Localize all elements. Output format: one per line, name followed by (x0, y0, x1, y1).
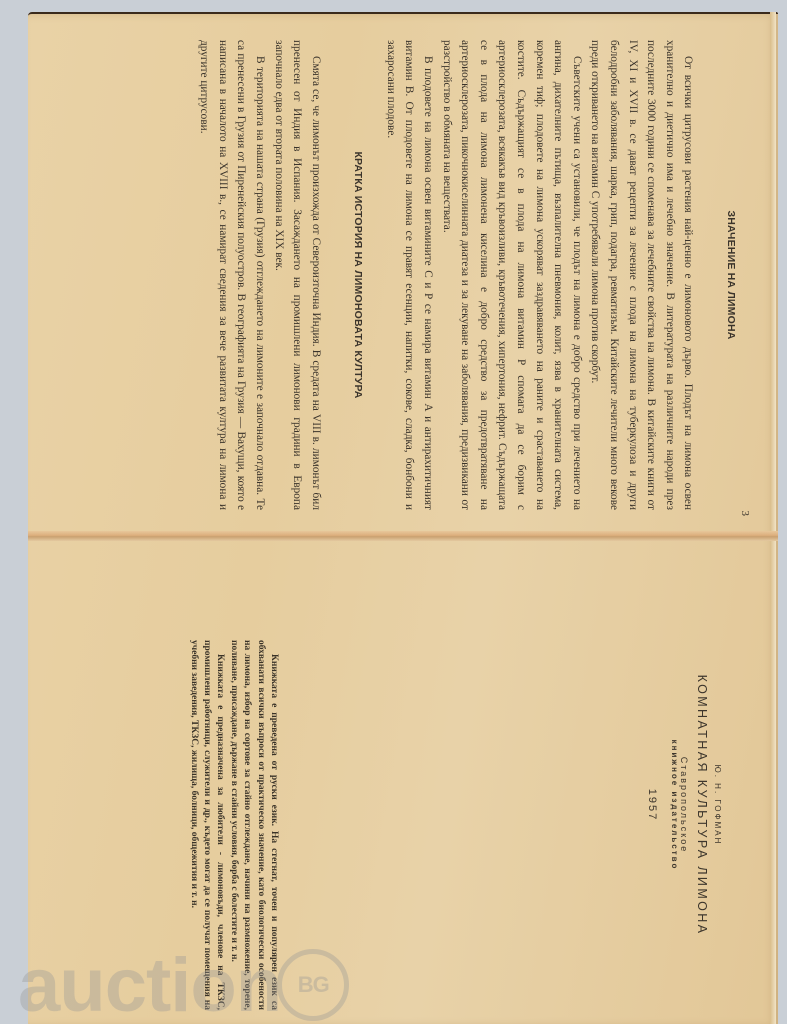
publisher-line-2: книжное издательство (670, 640, 679, 970)
section-heading-history: КРАТКА ИСТОРИЯ НА ЛИМОНОВАТА КУЛТУРА (349, 40, 368, 510)
publisher-line-1: Ставропольское (679, 640, 689, 970)
center-fold (28, 531, 778, 541)
paragraph: Смята се, че лимонът произхожда от Север… (269, 40, 325, 510)
paragraph: Съветските учени са установили, че плодъ… (437, 40, 586, 510)
watermark-logo: auctionBG (18, 948, 349, 1024)
watermark-text: auction (18, 943, 281, 1024)
page-number: 3 (735, 511, 754, 517)
page-3-content: 3 ЗНАЧЕНИЕ НА ЛИМОНА От всички цитрусови… (195, 40, 740, 510)
page-edge (770, 12, 776, 1024)
title-page: Ю. Н. ГОФМАН КОМНАТНАЯ КУЛЬТУРА ЛИМОНА С… (646, 640, 722, 970)
paragraph: От всички цитрусови растения най-ценно е… (586, 40, 698, 510)
section-heading-significance: ЗНАЧЕНИЕ НА ЛИМОНА (721, 40, 740, 510)
author: Ю. Н. ГОФМАН (713, 640, 722, 970)
paragraph: В територията на нашата страна (Грузия) … (195, 40, 269, 510)
publication-year: 1957 (646, 640, 658, 970)
paragraph: В плодовете на лимона освен витамините С… (381, 40, 437, 510)
book-title: КОМНАТНАЯ КУЛЬТУРА ЛИМОНА (695, 640, 709, 970)
watermark-badge: BG (277, 949, 349, 1021)
